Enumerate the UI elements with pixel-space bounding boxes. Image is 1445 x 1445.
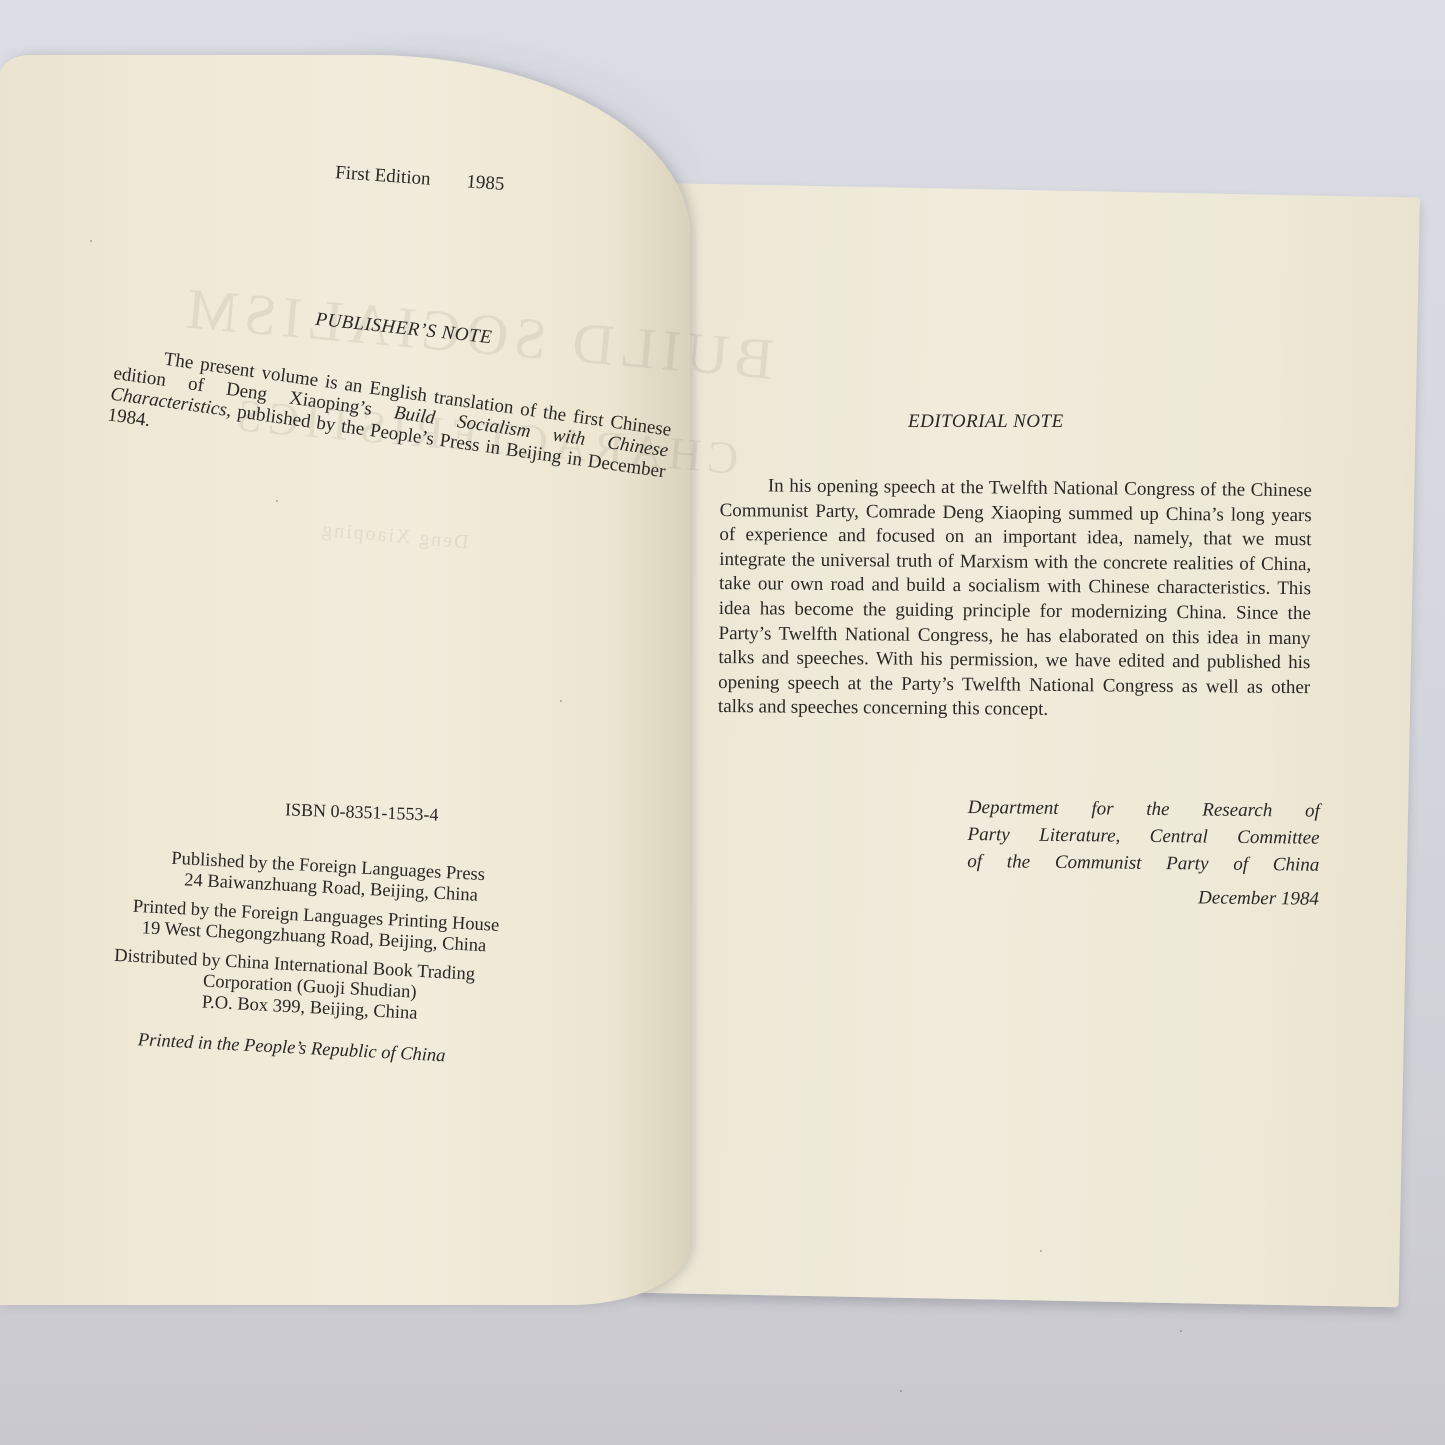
book-photo: EDITORIAL NOTE In his opening speech at …: [0, 0, 1445, 1445]
editorial-note-paragraph: In his opening speech at the Twelfth Nat…: [718, 474, 1312, 725]
left-page: [0, 55, 690, 1305]
signature-date: December 1984: [967, 882, 1319, 913]
edition-year: 1985: [466, 171, 505, 195]
editorial-signature: Department for the Research of Party Lit…: [967, 794, 1320, 913]
paper-speck: [276, 500, 278, 502]
editorial-note-title: EDITORIAL NOTE: [908, 411, 1064, 433]
signature-line-1: Department for the Research of: [968, 794, 1320, 825]
paper-speck: [560, 700, 562, 702]
paper-speck: [900, 1390, 902, 1392]
signature-line-3: of the Communist Party of China: [967, 848, 1319, 879]
paper-speck: [90, 240, 92, 242]
signature-line-2: Party Literature, Central Committee: [967, 821, 1319, 852]
distributor-info: Distributed by China International Book …: [111, 946, 497, 1029]
imprint-block: Published by the Foreign Languages Press…: [109, 846, 502, 1070]
editorial-note-body: In his opening speech at the Twelfth Nat…: [718, 474, 1312, 725]
paper-speck: [1040, 1250, 1042, 1252]
paper-speck: [1180, 1330, 1182, 1332]
